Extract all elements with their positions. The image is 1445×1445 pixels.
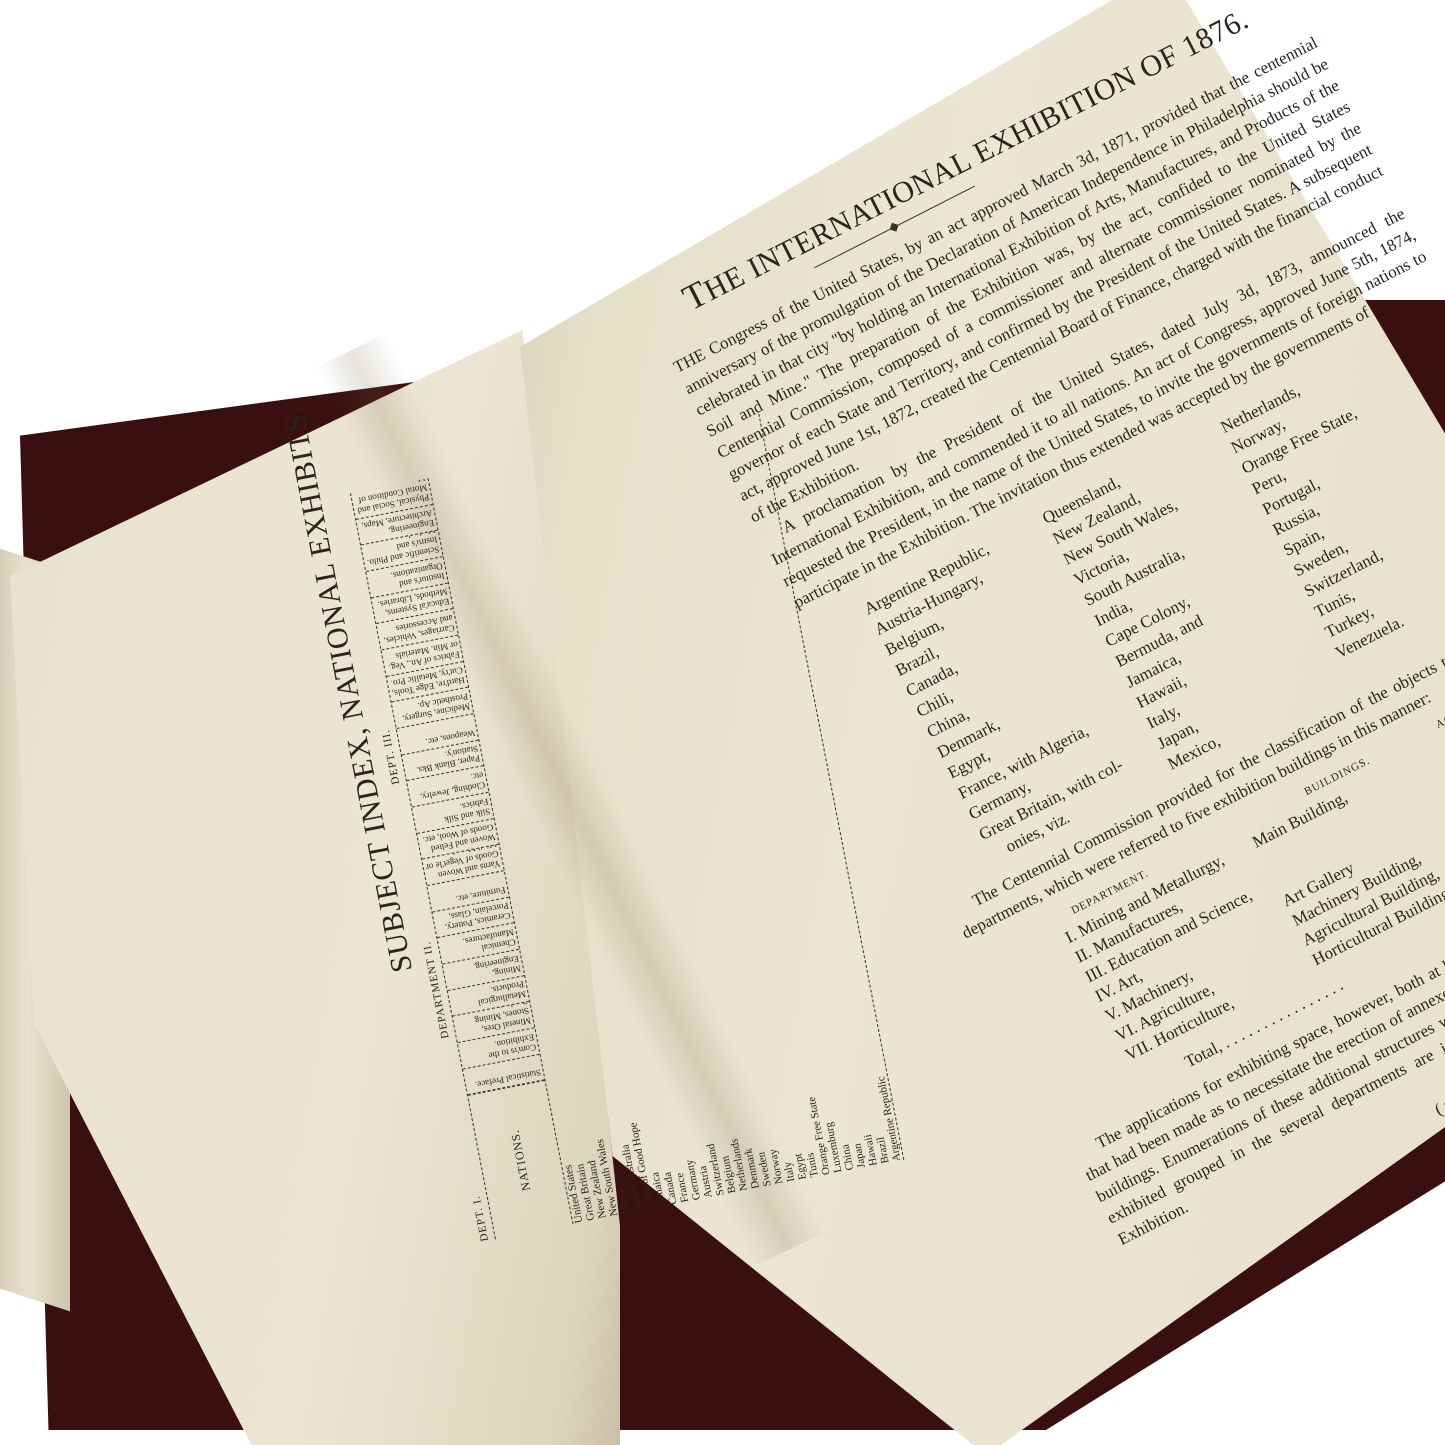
book-photo: SUBJECT INDEX, NATIONAL EXHIBITS. DEPT. … [0,0,1445,1445]
